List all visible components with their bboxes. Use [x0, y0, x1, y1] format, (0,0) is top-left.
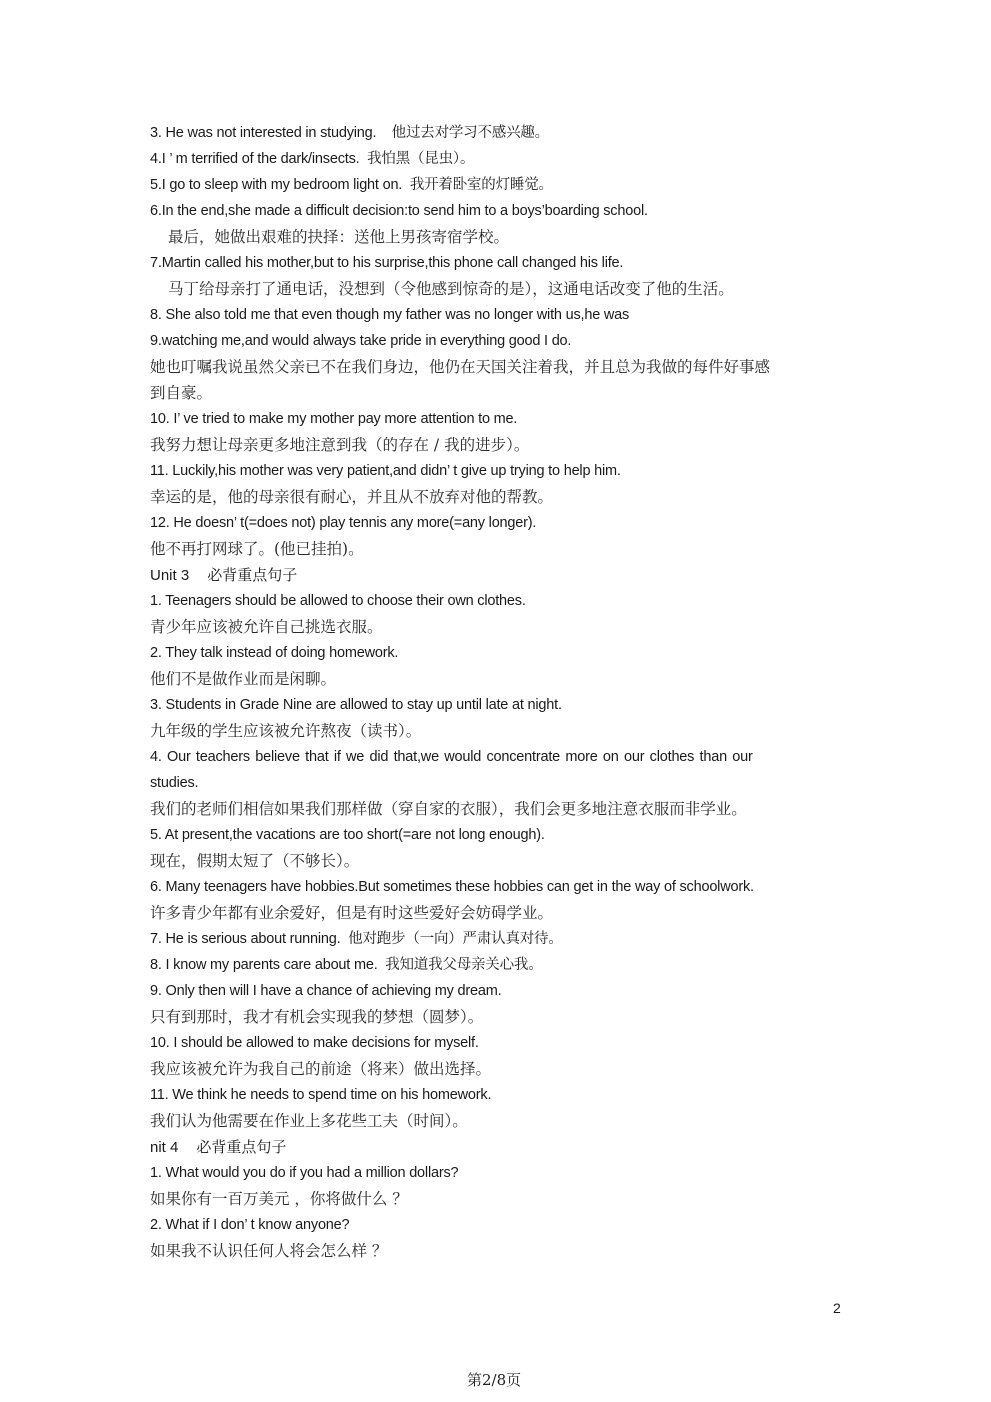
translation-line: 我们的老师们相信如果我们那样做（穿自家的衣服），我们会更多地注意衣服而非学业。 [150, 796, 850, 822]
sentence-line: 6.In the end,she made a difficult decisi… [150, 198, 850, 224]
document-page: 3. He was not interested in studying. 他过… [0, 0, 991, 1402]
translation-line: 我们认为他需要在作业上多花些工夫（时间）。 [150, 1108, 850, 1134]
translation-line: 我努力想让母亲更多地注意到我（的存在 / 我的进步）。 [150, 432, 850, 458]
section-heading-unit3: Unit 3必背重点句子 [150, 562, 850, 588]
page-number: 2 [833, 1300, 841, 1316]
sentence-line: 4.I ’ m terrified of the dark/insects. 我… [150, 146, 850, 172]
sentence-line: 9.watching me,and would always take prid… [150, 328, 850, 354]
sentence-line: 1. What would you do if you had a millio… [150, 1160, 850, 1186]
sentence-line: 7. He is serious about running. 他对跑步（一向）… [150, 926, 850, 952]
sentence-line: 7.Martin called his mother,but to his su… [150, 250, 850, 276]
sentence-line: 10. I should be allowed to make decision… [150, 1030, 850, 1056]
translation-line: 只有到那时，我才有机会实现我的梦想（圆梦）。 [150, 1004, 850, 1030]
translation-line: 他不再打网球了。(他已挂拍)。 [150, 536, 850, 562]
translation-line: 她也叮嘱我说虽然父亲已不在我们身边，他仍在天国关注着我，并且总为我做的每件好事感 [150, 354, 850, 380]
page-footer: 第2/8页 [467, 1369, 521, 1390]
sentence-line: 9. Only then will I have a chance of ach… [150, 978, 850, 1004]
sentence-line: 5.I go to sleep with my bedroom light on… [150, 172, 850, 198]
sentence-line: studies. [150, 770, 850, 796]
translation-line: 到自豪。 [150, 380, 850, 406]
translation-line: 幸运的是，他的母亲很有耐心，并且从不放弃对他的帮教。 [150, 484, 850, 510]
document-body: 3. He was not interested in studying. 他过… [150, 120, 850, 1264]
sentence-line: 8. I know my parents care about me. 我知道我… [150, 952, 850, 978]
sentence-line: 6. Many teenagers have hobbies.But somet… [150, 874, 850, 900]
sentence-line: 2. They talk instead of doing homework. [150, 640, 850, 666]
sentence-line: 11. We think he needs to spend time on h… [150, 1082, 850, 1108]
sentence-line: 4. Our teachers believe that if we did t… [150, 744, 850, 770]
translation-line: 青少年应该被允许自己挑选衣服。 [150, 614, 850, 640]
sentence-line: 3. He was not interested in studying. 他过… [150, 120, 850, 146]
sentence-line: 1. Teenagers should be allowed to choose… [150, 588, 850, 614]
sentence-line: 3. Students in Grade Nine are allowed to… [150, 692, 850, 718]
section-heading-unit4: nit 4必背重点句子 [150, 1134, 850, 1160]
translation-line: 马丁给母亲打了通电话，没想到（令他感到惊奇的是），这通电话改变了他的生活。 [150, 276, 850, 302]
sentence-line: 10. I’ ve tried to make my mother pay mo… [150, 406, 850, 432]
sentence-line: 11. Luckily,his mother was very patient,… [150, 458, 850, 484]
translation-line: 现在，假期太短了（不够长）。 [150, 848, 850, 874]
translation-line: 许多青少年都有业余爱好，但是有时这些爱好会妨碍学业。 [150, 900, 850, 926]
translation-line: 如果我不认识任何人将会怎么样 ？ [150, 1238, 850, 1264]
sentence-line: 2. What if I don’ t know anyone? [150, 1212, 850, 1238]
sentence-line: 8. She also told me that even though my … [150, 302, 850, 328]
translation-line: 如果你有一百万美元 ，你将做什么 ？ [150, 1186, 850, 1212]
sentence-line: 5. At present,the vacations are too shor… [150, 822, 850, 848]
translation-line: 我应该被允许为我自己的前途（将来）做出选择。 [150, 1056, 850, 1082]
translation-line: 最后，她做出艰难的抉择：送他上男孩寄宿学校。 [150, 224, 850, 250]
translation-line: 他们不是做作业而是闲聊。 [150, 666, 850, 692]
sentence-line: 12. He doesn’ t(=does not) play tennis a… [150, 510, 850, 536]
translation-line: 九年级的学生应该被允许熬夜（读书）。 [150, 718, 850, 744]
